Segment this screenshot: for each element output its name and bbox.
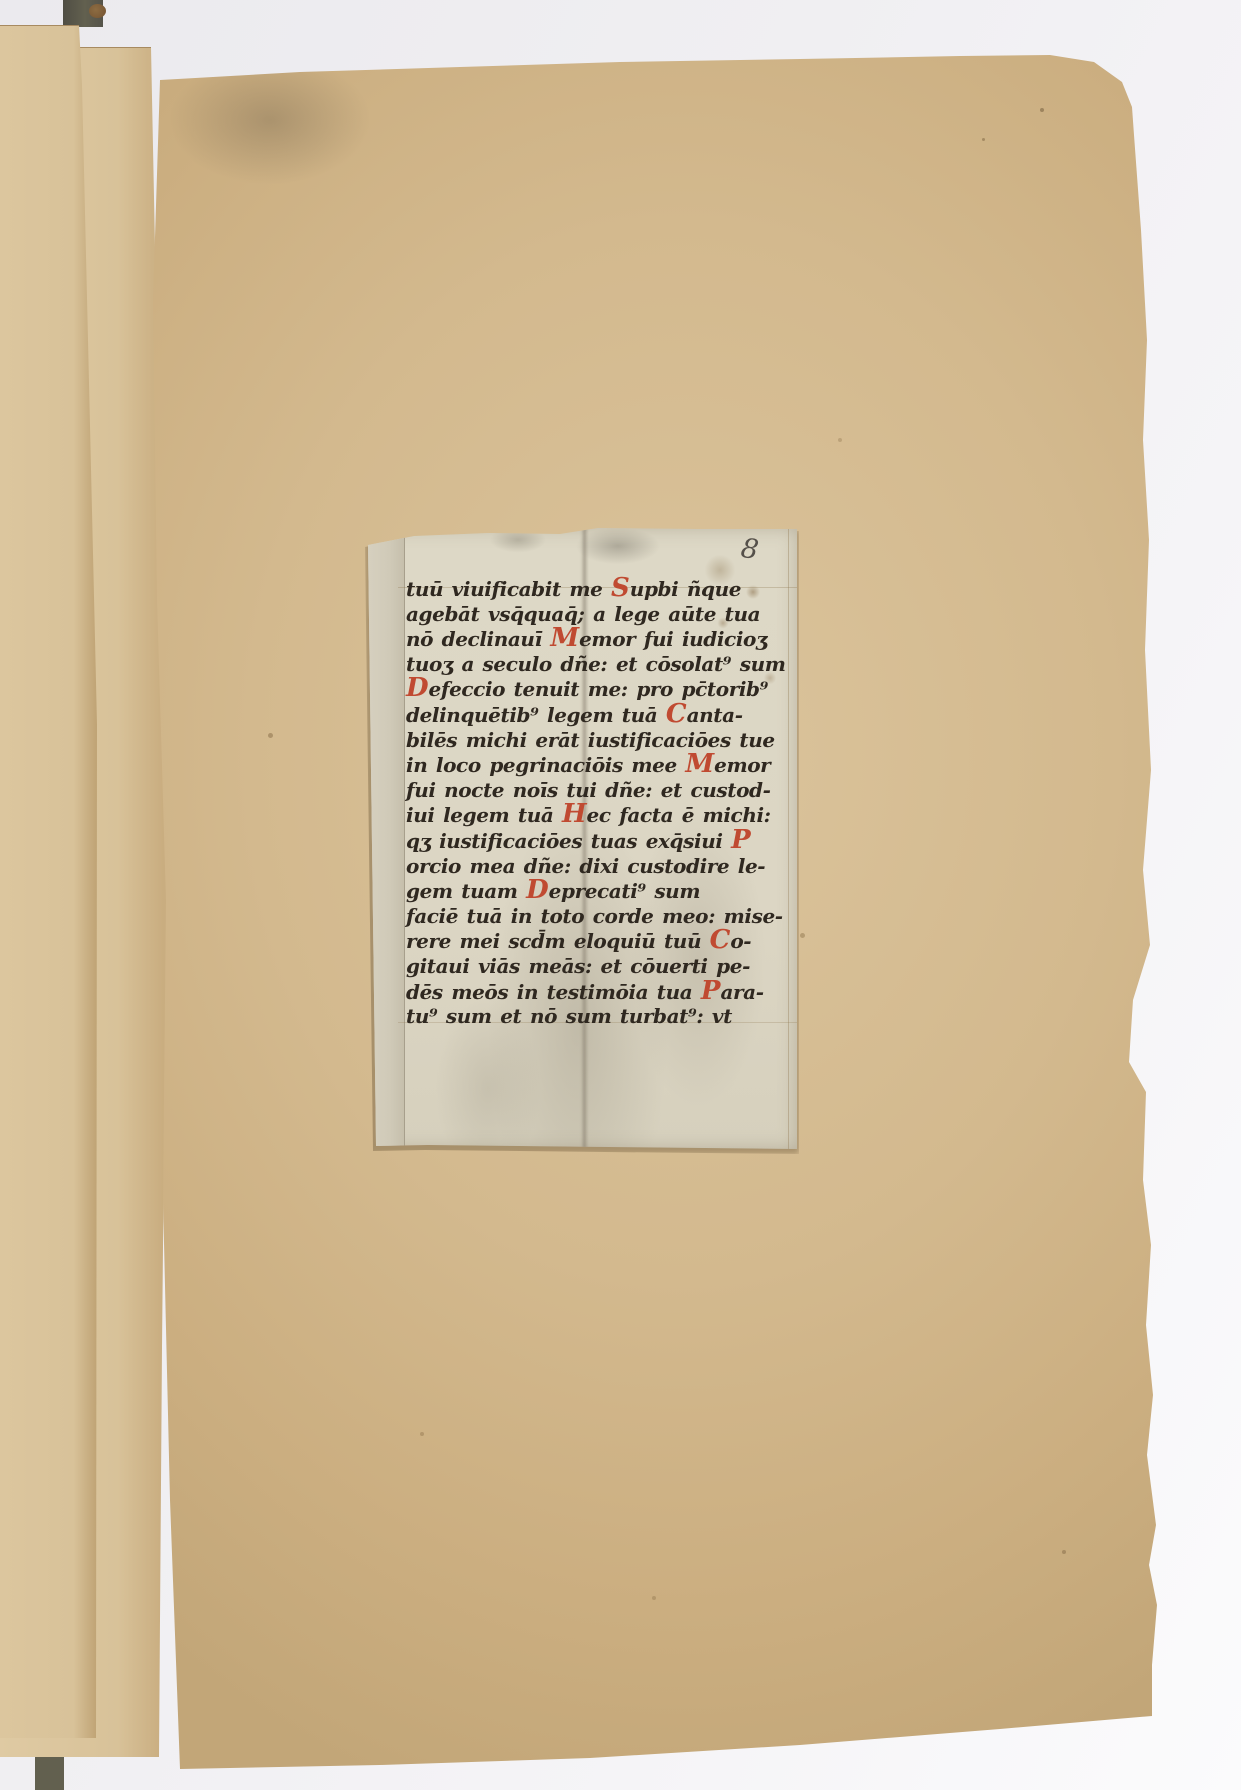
text-line: gem tuam Deprecati⁹ sum [406, 878, 794, 904]
foxing-spot [1040, 108, 1044, 112]
text-line: tuoʒ a seculo dñe: et cōsolat⁹ sum [406, 652, 794, 677]
rubric-initial: M [685, 749, 714, 779]
text-line: qʒ iustificaciōes tuas exq̄siui P [406, 828, 794, 854]
text-run: iui legem tuā [406, 803, 562, 827]
foxing-spot [800, 933, 805, 938]
stacked-leaf-top [0, 25, 98, 1739]
rubric-initial: D [406, 673, 429, 703]
manuscript-text: tuū viuificabit me Supbi ñqueagebāt vsq̄… [406, 576, 794, 1029]
text-line: faciē tuā in toto corde meo: mise- [406, 904, 794, 929]
text-line: agebāt vsq̄quaq̄; a lege aūte tua [406, 602, 794, 627]
text-run: eprecati⁹ sum [549, 879, 700, 903]
text-run: faciē tuā in toto corde meo: mise- [406, 904, 783, 928]
folio-number: 8 [739, 532, 774, 570]
foxing-spot [268, 733, 273, 738]
text-line: tu⁹ sum et nō sum turbat⁹: vt [406, 1004, 794, 1029]
foxing-spot [982, 138, 985, 141]
manuscript-fragment: 8 tuū viuificabit me Supbi ñqueagebāt vs… [368, 528, 797, 1150]
text-run: ec facta ē michi: [587, 803, 771, 827]
text-run: o- [730, 929, 751, 953]
text-run: dēs meōs in testimōia tua [406, 980, 701, 1004]
text-line: in loco pegrinaciōis mee Memor [406, 752, 794, 778]
text-run: bilēs michi erāt iustificaciōes tue [406, 728, 775, 752]
text-run: upbi ñque [630, 577, 741, 601]
text-run: rere mei scd̄m eloquiū tuū [406, 929, 710, 953]
text-run: efeccio tenuit me: pro pc̄torib⁹ [429, 677, 768, 701]
text-run: nō declinauī [406, 627, 550, 651]
rubric-initial: H [562, 799, 587, 829]
foxing-spot [1062, 1550, 1066, 1554]
rubric-initial: C [666, 699, 687, 729]
text-run: fui nocte noīs tui dñe: et custod- [406, 778, 771, 802]
rubric-initial: S [611, 573, 630, 603]
text-line: tuū viuificabit me Supbi ñque [406, 576, 794, 602]
rubric-initial: P [701, 976, 721, 1006]
text-run: in loco pegrinaciōis mee [406, 753, 685, 777]
text-run: anta- [687, 703, 743, 727]
text-line: fui nocte noīs tui dñe: et custod- [406, 778, 794, 803]
text-run: gem tuam [406, 879, 526, 903]
text-line: nō declinauī Memor fui iudicioʒ [406, 626, 794, 652]
rubric-initial: P [731, 825, 751, 855]
rubric-initial: M [550, 623, 579, 653]
text-line: delinquētib⁹ legem tuā Canta- [406, 702, 794, 728]
text-line: dēs meōs in testimōia tua Para- [406, 979, 794, 1005]
text-line: Defeccio tenuit me: pro pc̄torib⁹ [406, 676, 794, 702]
foxing-spot [838, 438, 842, 442]
text-run: emor fui iudicioʒ [579, 627, 767, 651]
clamp-screw [89, 4, 106, 18]
text-run: emor [714, 753, 770, 777]
text-run: ara- [720, 980, 763, 1004]
text-run: gitaui viās meās: et cōuerti pe- [406, 954, 750, 978]
text-run: delinquētib⁹ legem tuā [406, 703, 666, 727]
text-line: orcio mea dñe: dixi custodire le- [406, 854, 794, 879]
foxing-spot [420, 1432, 424, 1436]
foxing-spot [652, 1596, 656, 1600]
text-line: bilēs michi erāt iustificaciōes tue [406, 728, 794, 753]
text-run: agebāt vsq̄quaq̄; a lege aūte tua [406, 602, 760, 626]
text-run: qʒ iustificaciōes tuas exq̄siui [406, 829, 731, 853]
text-line: gitaui viās meās: et cōuerti pe- [406, 954, 794, 979]
text-run: tuū viuificabit me [406, 577, 611, 601]
rubric-initial: C [710, 925, 731, 955]
text-line: rere mei scd̄m eloquiū tuū Co- [406, 928, 794, 954]
book-clamp-top [63, 0, 103, 27]
digitized-page-scan: 8 tuū viuificabit me Supbi ñqueagebāt vs… [0, 0, 1241, 1790]
text-run: orcio mea dñe: dixi custodire le- [406, 854, 765, 878]
rubric-initial: D [526, 875, 549, 905]
text-run: tu⁹ sum et nō sum turbat⁹: vt [406, 1004, 732, 1028]
text-run: tuoʒ a seculo dñe: et cōsolat⁹ sum [406, 652, 785, 676]
